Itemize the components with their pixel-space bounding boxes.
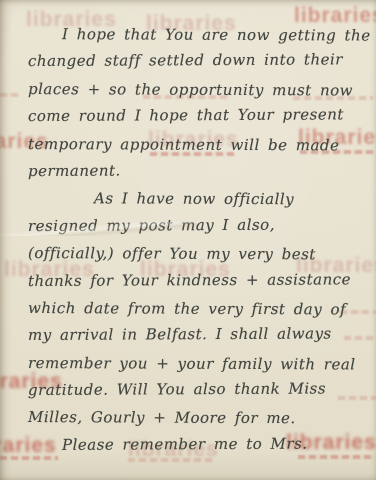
letter-body: I hope that You are now getting the chan… — [0, 0, 376, 463]
handwritten-line: resigned my post may I also, — [28, 215, 368, 244]
letter-page-scan: libraries libraries libraries libraries … — [0, 0, 376, 480]
handwritten-line: remember you + your family with real — [28, 354, 368, 383]
handwritten-line: places + so the opportunity must now — [28, 80, 368, 109]
handwritten-line: my arrival in Belfast. I shall always — [28, 325, 368, 354]
handwritten-line: gratitude. Will You also thank Miss — [28, 379, 368, 408]
handwritten-line: As I have now officially — [28, 189, 368, 218]
handwritten-line: temporary appointment will be made — [28, 135, 368, 164]
handwritten-line: (officially,) offer You my very best — [28, 244, 368, 273]
handwritten-line: thanks for Your kindness + assistance — [28, 270, 368, 299]
handwritten-line: changed staff settled down into their — [28, 51, 368, 80]
handwritten-line: which date from the very first day of — [28, 299, 368, 328]
handwritten-line: Please remember me to Mrs. — [28, 434, 368, 463]
handwritten-line: Milles, Gourly + Moore for me. — [28, 408, 368, 437]
handwritten-line: permanent. — [28, 160, 368, 189]
handwritten-line: come round I hope that Your present — [28, 105, 368, 134]
